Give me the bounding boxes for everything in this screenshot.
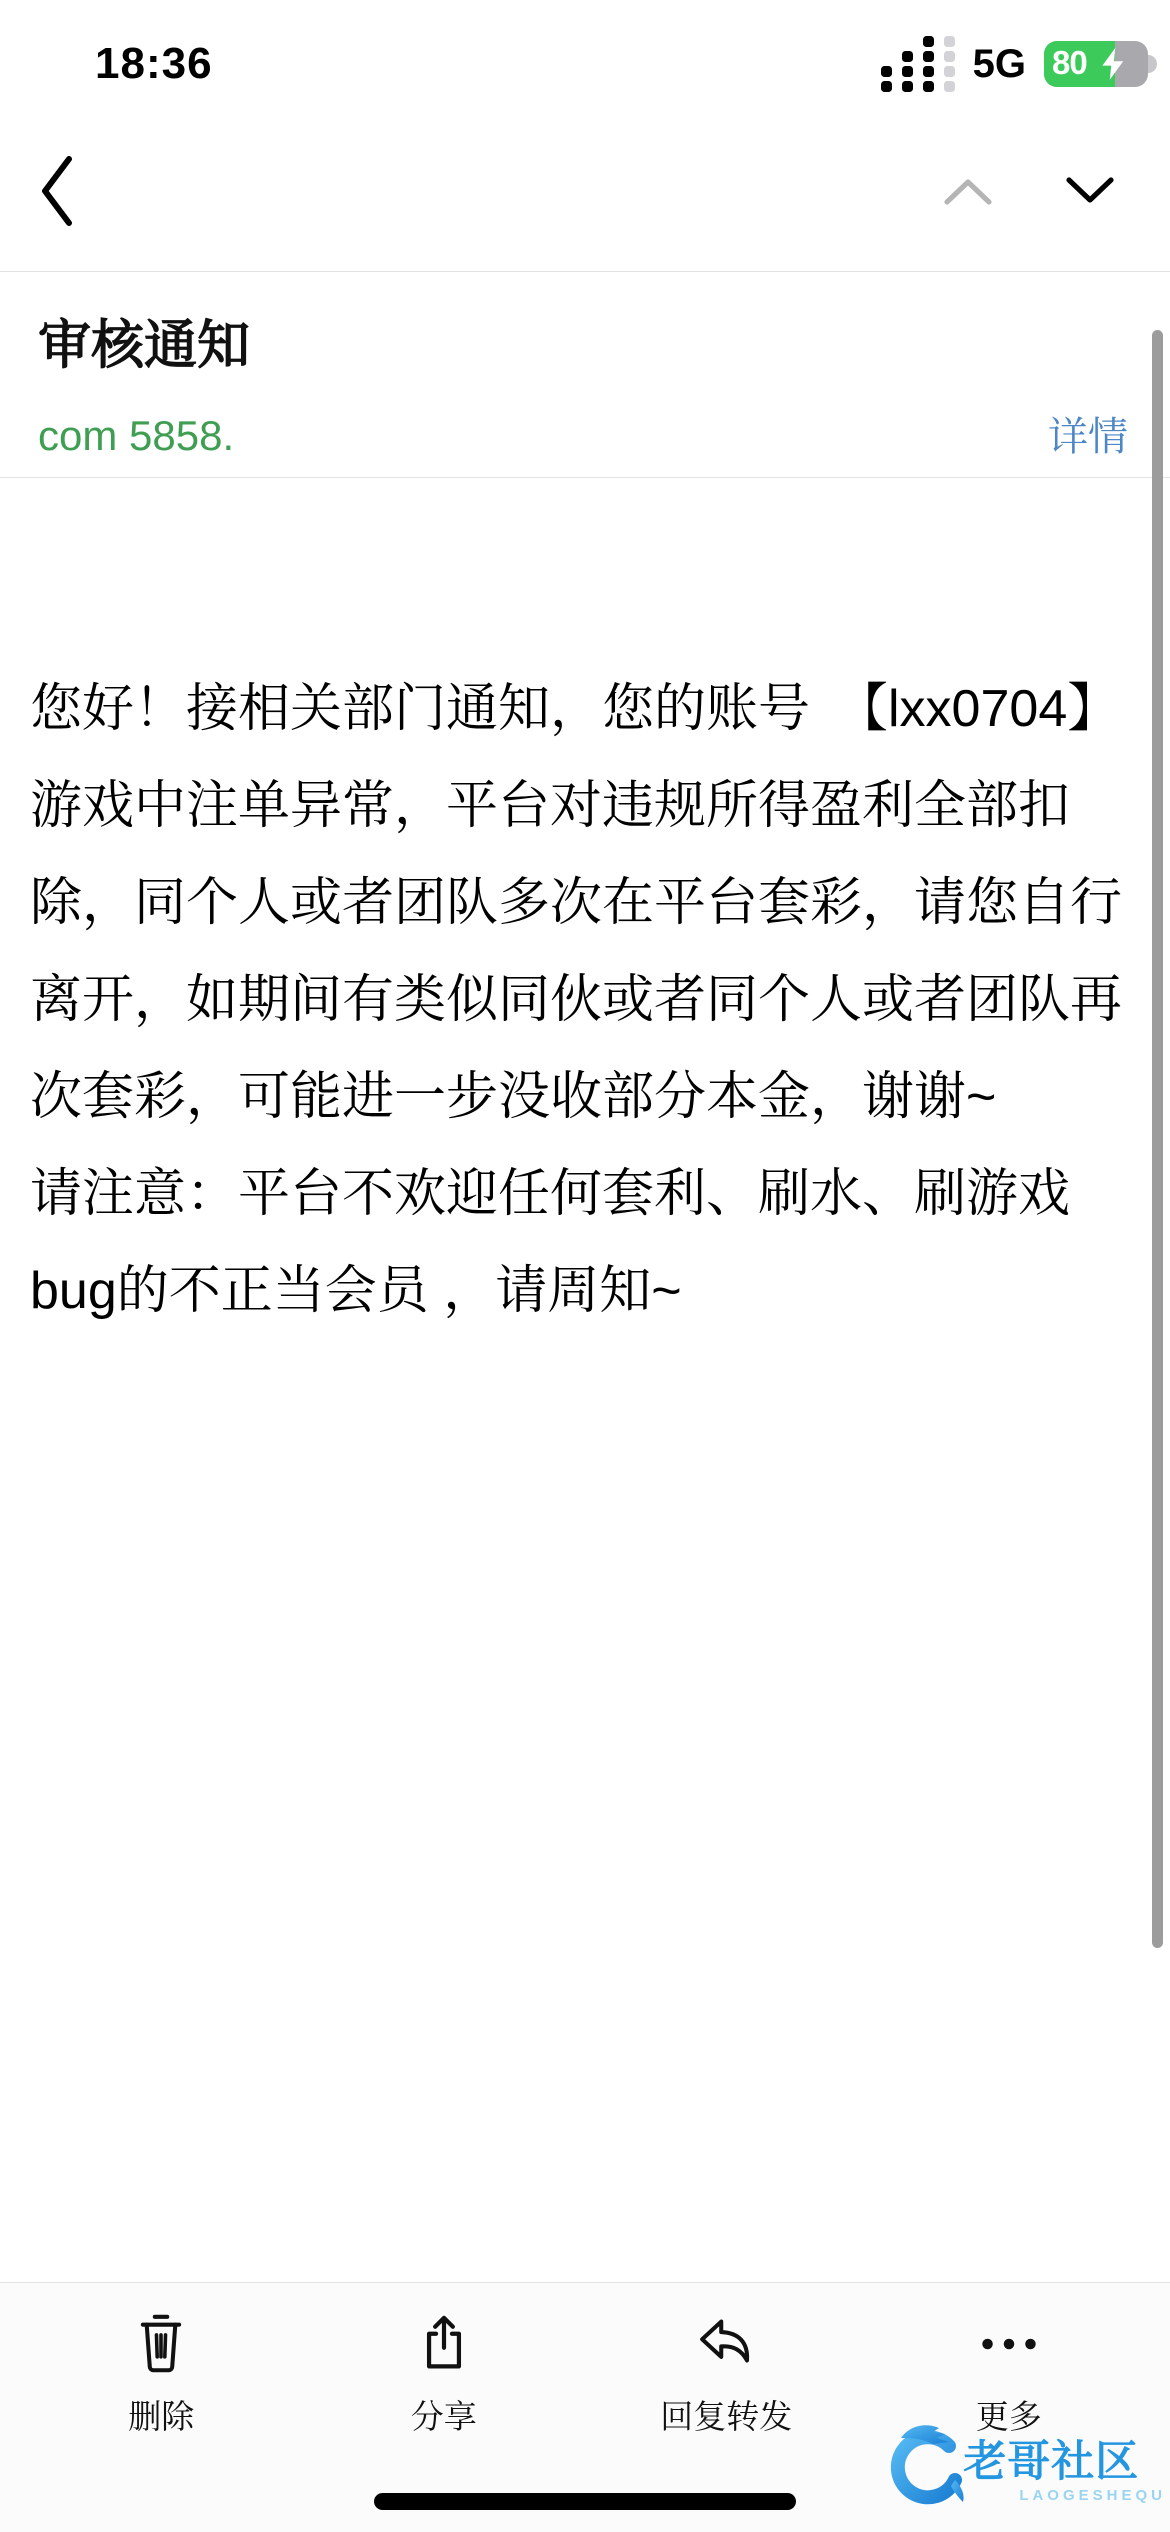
nav-bar xyxy=(0,110,1170,272)
clock: 18:36 xyxy=(95,39,213,89)
chevron-up-icon xyxy=(943,176,993,206)
watermark-subtitle: LAOGESHEQU xyxy=(963,2487,1166,2504)
watermark-title: 老哥社区 xyxy=(963,2428,1166,2489)
mail-header: 审核通知 com 5858. 详情 xyxy=(0,273,1170,478)
mail-read-screen: 18:36 5G 80 xyxy=(0,0,1170,2532)
network-type-label: 5G xyxy=(973,42,1026,87)
sender-row: com 5858. 详情 xyxy=(38,405,1128,462)
battery-percent: 80 xyxy=(1052,44,1087,82)
previous-mail-button[interactable] xyxy=(943,176,993,206)
delete-button[interactable]: 删除 xyxy=(51,2313,271,2438)
back-button[interactable] xyxy=(35,153,79,229)
detail-link[interactable]: 详情 xyxy=(1048,405,1128,462)
next-mail-button[interactable] xyxy=(1065,176,1115,206)
chevron-left-icon xyxy=(35,153,79,229)
nav-prev-next xyxy=(943,176,1115,206)
chevron-down-icon xyxy=(1065,176,1115,206)
toolbar-label: 删除 xyxy=(128,2391,194,2438)
share-button[interactable]: 分享 xyxy=(334,2313,554,2438)
reply-forward-button[interactable]: 回复转发 xyxy=(616,2313,836,2438)
charging-bolt-icon xyxy=(1100,47,1126,81)
mail-subject: 审核通知 xyxy=(38,315,1128,377)
scrollbar-thumb[interactable] xyxy=(1152,330,1163,1948)
cellular-signal-icon xyxy=(881,36,955,92)
battery-icon: 80 xyxy=(1044,41,1148,87)
status-bar: 18:36 5G 80 xyxy=(0,0,1170,110)
mail-body-text: 您好！接相关部门通知，您的账号 【lxx0704】 游戏中注单异常，平台对违规所… xyxy=(0,479,1148,2282)
sender-address: com 5858. xyxy=(38,412,234,460)
dragon-logo-icon xyxy=(873,2414,977,2518)
more-icon xyxy=(975,2313,1043,2375)
reply-forward-icon xyxy=(695,2313,757,2375)
toolbar-label: 分享 xyxy=(411,2391,477,2438)
status-indicators: 5G 80 xyxy=(881,36,1148,92)
trash-icon xyxy=(132,2313,190,2375)
toolbar-label: 回复转发 xyxy=(660,2391,792,2438)
battery-cap xyxy=(1148,55,1157,73)
community-watermark: 老哥社区 LAOGESHEQU xyxy=(873,2414,1166,2518)
home-indicator[interactable] xyxy=(374,2493,796,2510)
share-icon xyxy=(416,2313,472,2375)
